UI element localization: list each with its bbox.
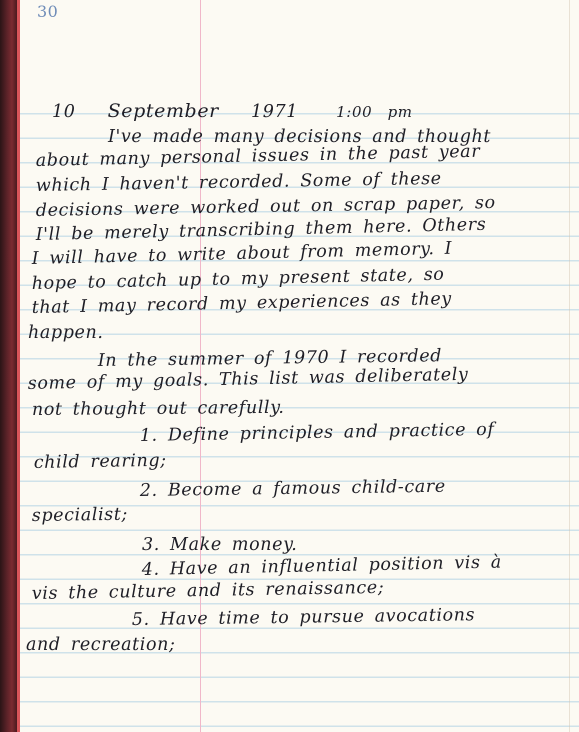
entry-line: happen. [28,322,104,344]
journal-entry: 10 September 1971 1:00 pm I've made many… [0,0,579,732]
entry-time: 1:00 pm [336,103,412,121]
entry-line: 1. Define principles and practice of [140,419,495,447]
entry-line: 3. Make money. [142,534,297,556]
entry-line: 5. Have time to pursue avocations [132,604,476,631]
entry-line: 2. Become a famous child-care [140,476,446,502]
entry-day: 10 [52,102,75,122]
entry-line: which I haven't recorded. Some of these [36,168,442,197]
entry-year: 1971 [251,102,298,122]
notebook-page: 30 10 September 1971 1:00 pm I've made m… [0,0,579,732]
entry-line: and recreation; [26,634,175,656]
entry-month: September [108,100,219,122]
entry-line: vis the culture and its renaissance; [32,577,385,605]
entry-line: some of my goals. This list was delibera… [28,364,469,395]
entry-date-header: 10 September 1971 1:00 pm [52,100,413,123]
entry-line: specialist; [32,504,128,527]
entry-line: child rearing; [34,450,167,474]
entry-line: not thought out carefully. [32,397,285,421]
entry-line: about many personal issues in the past y… [36,141,481,172]
